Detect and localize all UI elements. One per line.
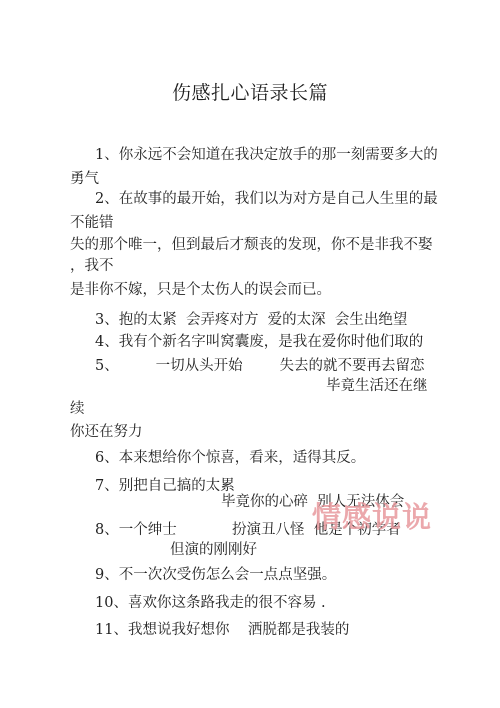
quote-line: 9、不一次次受伤怎么会一点点坚强。 bbox=[95, 566, 336, 584]
quote-line: 勇气 bbox=[70, 170, 99, 188]
quote-line: 4、我有个新名字叫窝囊废，是我在爱你时他们取的 bbox=[95, 333, 423, 351]
quote-line: 续 bbox=[70, 400, 85, 418]
quote-line: 毕竟生活还在继 bbox=[326, 377, 428, 395]
quote-line: 11、我想说我好想你 洒脱都是我装的 bbox=[95, 621, 349, 639]
document-page: 伤感扎心语录长篇 1、你永远不会知道在我决定放手的那一刻需要多大的勇气2、在故事… bbox=[0, 0, 500, 708]
quote-line: 2、在故事的最开始，我们以为对方是自己人生里的最 bbox=[95, 190, 438, 208]
quote-line: 你还在努力 bbox=[70, 423, 143, 441]
quote-line: 5、 一切从头开始 失去的就不要再去留恋 bbox=[95, 357, 424, 375]
watermark: 情感说说 bbox=[312, 495, 432, 536]
quote-line: ，我不 bbox=[70, 257, 114, 275]
quote-line: 7、别把自己搞的太累 bbox=[95, 477, 235, 495]
quote-line: 不能错 bbox=[70, 214, 114, 232]
quote-line: 是非你不嫁，只是个太伤人的误会而已。 bbox=[70, 281, 331, 299]
quote-line: 10、喜欢你这条路我走的很不容易 . bbox=[95, 594, 326, 612]
quote-line: 1、你永远不会知道在我决定放手的那一刻需要多大的 bbox=[95, 146, 438, 164]
quote-line: 3、抱的太紧 会弄疼对方 爱的太深 会生出绝望 bbox=[95, 311, 407, 329]
quote-line: 6、本来想给你个惊喜，看来，适得其反。 bbox=[95, 449, 365, 467]
quote-line: 但演的刚刚好 bbox=[170, 541, 257, 559]
page-title: 伤感扎心语录长篇 bbox=[0, 78, 500, 105]
quote-line: 失的那个唯一，但到最后才颓丧的发现，你不是非我不娶 bbox=[70, 236, 433, 254]
